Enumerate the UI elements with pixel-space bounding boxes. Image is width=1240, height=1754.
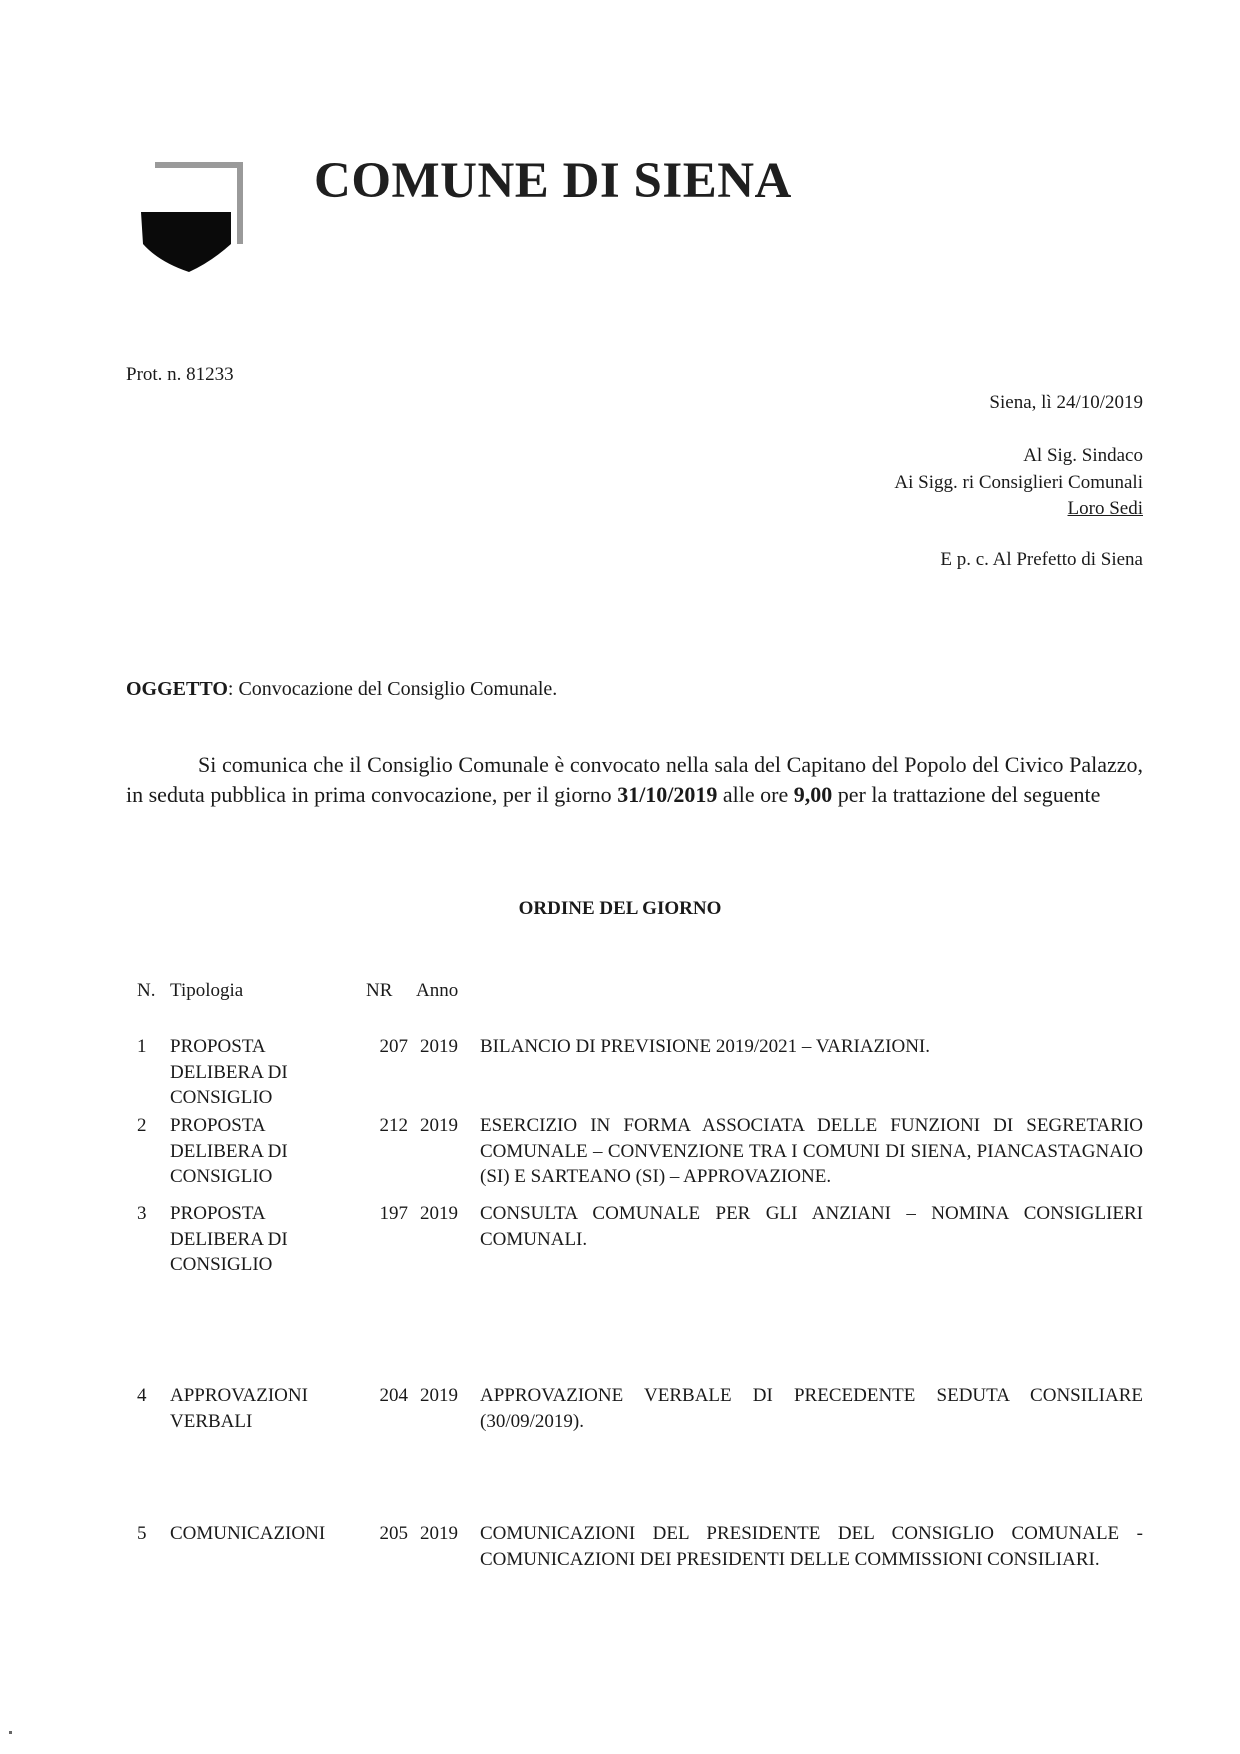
item-tipologia: PROPOSTA DELIBERA DI CONSIGLIO bbox=[170, 1034, 360, 1111]
body-text: per la trattazione del seguente bbox=[832, 782, 1100, 807]
item-nr: 212 bbox=[372, 1113, 408, 1139]
body-paragraph: Si comunica che il Consiglio Comunale è … bbox=[126, 750, 1143, 809]
item-number: 1 bbox=[137, 1034, 157, 1060]
item-anno: 2019 bbox=[420, 1113, 464, 1139]
item-anno: 2019 bbox=[420, 1201, 464, 1227]
item-number: 4 bbox=[137, 1383, 157, 1409]
meeting-date: 31/10/2019 bbox=[617, 782, 717, 807]
item-anno: 2019 bbox=[420, 1521, 464, 1547]
item-anno: 2019 bbox=[420, 1034, 464, 1060]
cc-prefetto: E p. c. Al Prefetto di Siena bbox=[940, 546, 1143, 573]
item-descrizione: BILANCIO DI PREVISIONE 2019/2021 – VARIA… bbox=[480, 1034, 1143, 1060]
item-nr: 204 bbox=[372, 1383, 408, 1409]
item-number: 3 bbox=[137, 1201, 157, 1227]
item-nr: 197 bbox=[372, 1201, 408, 1227]
recipient-loro-sedi: Loro Sedi bbox=[1068, 495, 1143, 522]
item-descrizione: CONSULTA COMUNALE PER GLI ANZIANI – NOMI… bbox=[480, 1201, 1143, 1252]
letterhead-title: COMUNE DI SIENA bbox=[314, 152, 792, 210]
column-header-tipologia: Tipologia bbox=[170, 978, 360, 1004]
meeting-time: 9,00 bbox=[794, 782, 833, 807]
subject-text: Convocazione del Consiglio Comunale. bbox=[233, 678, 557, 700]
item-number: 2 bbox=[137, 1113, 157, 1139]
scan-speck bbox=[9, 1731, 12, 1734]
item-tipologia: PROPOSTA DELIBERA DI CONSIGLIO bbox=[170, 1113, 360, 1190]
column-header-nr: NR bbox=[366, 978, 402, 1004]
subject-line: OGGETTO: Convocazione del Consiglio Comu… bbox=[126, 676, 557, 703]
item-tipologia: PROPOSTA DELIBERA DI CONSIGLIO bbox=[170, 1201, 360, 1278]
item-nr: 205 bbox=[372, 1521, 408, 1547]
item-tipologia: COMUNICAZIONI bbox=[170, 1521, 360, 1547]
item-number: 5 bbox=[137, 1521, 157, 1547]
item-nr: 207 bbox=[372, 1034, 408, 1060]
protocol-number: Prot. n. 81233 bbox=[126, 361, 234, 388]
siena-coat-of-arms-shield-icon bbox=[141, 162, 245, 272]
agenda-heading: ORDINE DEL GIORNO bbox=[0, 898, 1240, 920]
item-descrizione: ESERCIZIO IN FORMA ASSOCIATA DELLE FUNZI… bbox=[480, 1113, 1143, 1190]
column-header-n: N. bbox=[137, 978, 157, 1004]
column-header-anno: Anno bbox=[416, 978, 460, 1004]
item-descrizione: COMUNICAZIONI DEL PRESIDENTE DEL CONSIGL… bbox=[480, 1521, 1143, 1572]
date-line: Siena, lì 24/10/2019 bbox=[989, 389, 1143, 416]
item-descrizione: APPROVAZIONE VERBALE DI PRECEDENTE SEDUT… bbox=[480, 1383, 1143, 1434]
recipient-sindaco: Al Sig. Sindaco bbox=[1023, 442, 1143, 469]
body-text: alle ore bbox=[717, 782, 793, 807]
recipient-consiglieri: Ai Sigg. ri Consiglieri Comunali bbox=[894, 469, 1143, 496]
item-anno: 2019 bbox=[420, 1383, 464, 1409]
item-tipologia: APPROVAZIONI VERBALI bbox=[170, 1383, 320, 1434]
subject-label: OGGETTO bbox=[126, 678, 228, 700]
